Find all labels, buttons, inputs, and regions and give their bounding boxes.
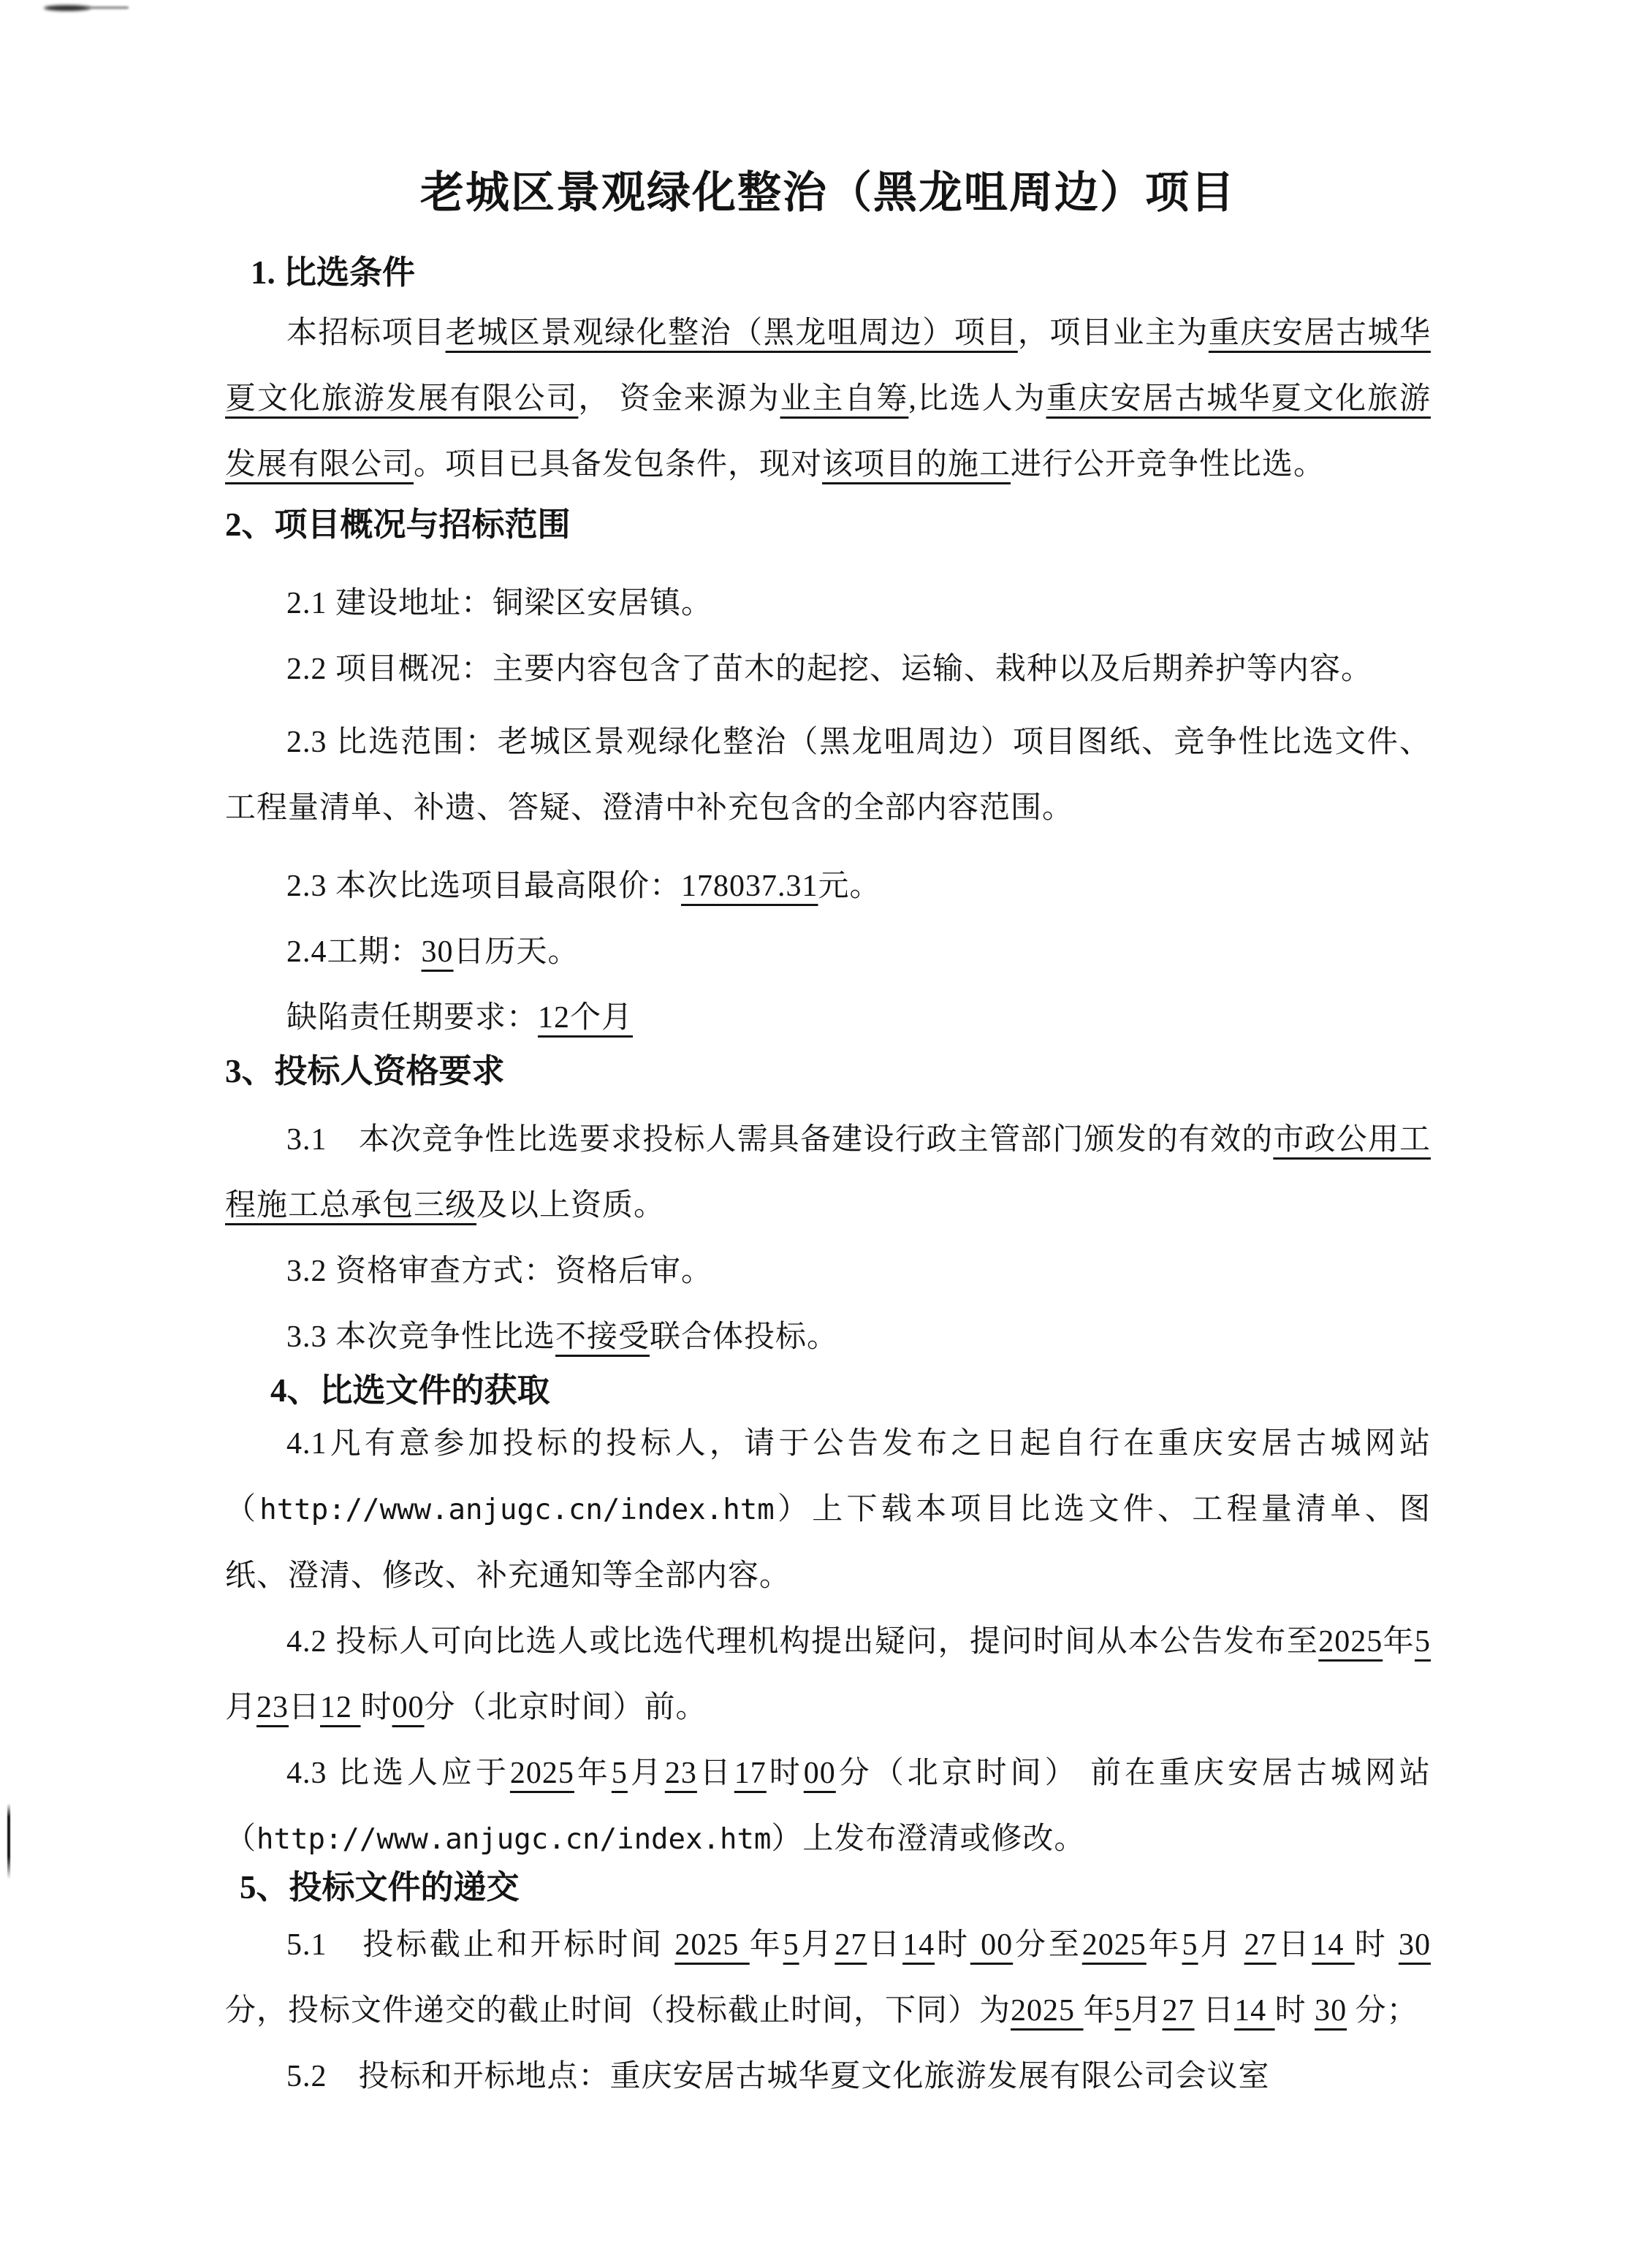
text-run: 5 <box>783 1928 799 1962</box>
clause-4-1: 4.1凡有意参加投标的投标人，请于公告发布之日起自行在重庆安居古城网站（http… <box>225 1411 1431 1609</box>
text-run: ,比选人为 <box>908 382 1046 416</box>
text-run: 年 <box>574 1757 612 1790</box>
text-run: 日历天。 <box>454 935 579 969</box>
text-run: 日 <box>1195 1994 1235 2028</box>
text-run: 缺陷责任期要求： <box>286 1001 538 1035</box>
text-run: 4.3 比选人应于 <box>286 1757 510 1790</box>
section-5-heading: 5、投标文件的递交 <box>240 1867 1431 1908</box>
scan-smudge-tail-artifact <box>86 7 129 9</box>
text-run: 30 <box>1315 1994 1347 2028</box>
text-run: 27 <box>1163 1994 1195 2028</box>
text-run: 2025 <box>1082 1928 1147 1962</box>
text-run: 月 <box>799 1928 835 1962</box>
text-run: 5 <box>1415 1625 1431 1659</box>
text-run: 时 <box>361 1691 392 1724</box>
text-run: 联合体投标。 <box>650 1320 838 1354</box>
text-run: 12 <box>320 1691 361 1724</box>
scan-edge-line-artifact <box>7 1803 10 1879</box>
clause-4-3: 4.3 比选人应于2025年5月23日17时00分（北京时间） 前在重庆安居古城… <box>225 1740 1431 1873</box>
text-run: 日 <box>1277 1928 1312 1962</box>
text-run: 2.2 项目概况：主要内容包含了苗木的起挖、运输、栽种以及后期养护等内容。 <box>286 652 1372 686</box>
text-run: 月 <box>628 1757 665 1790</box>
text-run: 时 <box>1355 1928 1399 1962</box>
text-run: 30 <box>1399 1928 1431 1962</box>
text-run: 时 <box>767 1757 804 1790</box>
clause-2-1: 2.1 建设地址：铜梁区安居镇。 <box>225 571 1431 636</box>
text-run: 年 <box>1084 1994 1115 2028</box>
text-run: 进行公开竞争性比选。 <box>1011 448 1325 482</box>
text-run: 2025 <box>510 1757 574 1790</box>
text-run: http://www.anjugc.cn/index.htm <box>259 1493 774 1526</box>
document-content: 老城区景观绿化整治（黑龙咀周边）项目 1. 比选条件 本招标项目老城区景观绿化整… <box>225 0 1431 2109</box>
clause-2-2: 2.2 项目概况：主要内容包含了苗木的起挖、运输、栽种以及后期养护等内容。 <box>225 636 1431 702</box>
clause-4-2: 4.2 投标人可向比选人或比选代理机构提出疑问，提问时间从本公告发布至2025年… <box>225 1609 1431 1740</box>
text-run: 3.1 本次竞争性比选要求投标人需具备建设行政主管部门颁发的有效的 <box>286 1123 1273 1157</box>
text-run: 23 <box>665 1757 697 1790</box>
scan-smudge-artifact <box>44 5 91 11</box>
text-run: 不接受 <box>555 1320 650 1354</box>
text-run: 2025 <box>674 1928 749 1962</box>
text-run: 时 <box>1275 1994 1315 2028</box>
text-run: 时 <box>935 1928 970 1962</box>
clause-3-1: 3.1 本次竞争性比选要求投标人需具备建设行政主管部门颁发的有效的市政公用工程施… <box>225 1107 1431 1238</box>
text-run: 分； <box>1347 1994 1418 2028</box>
document-title: 老城区景观绿化整治（黑龙咀周边）项目 <box>225 167 1431 219</box>
text-run: 。项目已具备发包条件，现对 <box>414 448 822 482</box>
text-run: 该项目的施工 <box>822 448 1011 482</box>
clause-3-2: 3.2 资格审查方式：资格后审。 <box>225 1238 1431 1304</box>
clause-2-3-scope: 2.3 比选范围：老城区景观绿化整治（黑龙咀周边）项目图纸、竞争性比选文件、工程… <box>225 709 1431 841</box>
text-run: 30 <box>422 935 454 969</box>
text-run: 5.2 投标和开标地点：重庆安居古城华夏文化旅游发展有限公司会议室 <box>286 2060 1270 2093</box>
text-run: 4.2 投标人可向比选人或比选代理机构提出疑问，提问时间从本公告发布至 <box>286 1625 1318 1659</box>
text-run: 14 <box>1234 1994 1275 2028</box>
text-run: 17 <box>734 1757 767 1790</box>
section-2-heading: 2、项目概况与招标范围 <box>225 504 1431 545</box>
text-run: 及以上资质。 <box>476 1189 665 1222</box>
section-1-heading: 1. 比选条件 <box>251 252 1431 293</box>
clause-5-1: 5.1 投标截止和开标时间 2025 年5月27日14时 00分至2025年5月… <box>225 1912 1431 2044</box>
text-run: 2.3 比选范围：老城区景观绿化整治（黑龙咀周边）项目图纸、竞争性比选文件、工程… <box>225 726 1431 825</box>
text-run: 27 <box>1244 1928 1277 1962</box>
text-run: 5 <box>612 1757 628 1790</box>
text-run: 14 <box>902 1928 935 1962</box>
text-run: 5 <box>1182 1928 1198 1962</box>
text-run: ， 资金来源为 <box>578 382 780 416</box>
clause-3-3: 3.3 本次竞争性比选不接受联合体投标。 <box>225 1304 1431 1370</box>
clause-5-2: 5.2 投标和开标地点：重庆安居古城华夏文化旅游发展有限公司会议室 <box>225 2044 1431 2109</box>
text-run: 业主自筹 <box>780 382 909 416</box>
text-run: 月 <box>225 1691 256 1724</box>
section-1-paragraph: 本招标项目老城区景观绿化整治（黑龙咀周边）项目，项目业主为重庆安居古城华夏文化旅… <box>225 300 1431 498</box>
text-run: 2.3 本次比选项目最高限价： <box>286 869 681 903</box>
text-run: 分，投标文件递交的截止时间（投标截止时间，下同）为 <box>225 1994 1011 2028</box>
text-run: 3.2 资格审查方式：资格后审。 <box>286 1255 712 1288</box>
section-3-heading: 3、投标人资格要求 <box>225 1051 1431 1092</box>
text-run: 178037.31 <box>681 869 818 903</box>
text-run: 年 <box>750 1928 783 1962</box>
text-run: 2025 <box>1318 1625 1383 1659</box>
text-run: 00 <box>392 1691 425 1724</box>
text-run: 00 <box>804 1757 836 1790</box>
text-run: 日 <box>697 1757 734 1790</box>
text-run: 12个月 <box>538 1001 633 1035</box>
text-run: 日 <box>867 1928 902 1962</box>
text-run: 2.4工期： <box>286 935 422 969</box>
text-run: 年 <box>1383 1625 1415 1659</box>
text-run: 5 <box>1115 1994 1131 2028</box>
text-run: 2025 <box>1011 1994 1084 2028</box>
scanned-document-page: 老城区景观绿化整治（黑龙咀周边）项目 1. 比选条件 本招标项目老城区景观绿化整… <box>0 0 1650 2268</box>
text-run: 27 <box>834 1928 867 1962</box>
text-run: 5.1 投标截止和开标时间 <box>286 1928 674 1962</box>
text-run: 00 <box>970 1928 1013 1962</box>
text-run: 元。 <box>818 869 881 903</box>
clause-2-3-price-limit: 2.3 本次比选项目最高限价：178037.31元。 <box>225 853 1431 919</box>
text-run: 老城区景观绿化整治（黑龙咀周边）项目 <box>446 316 1018 350</box>
text-run: 14 <box>1312 1928 1354 1962</box>
text-run: http://www.anjugc.cn/index.htm <box>256 1823 771 1856</box>
text-run: 月 <box>1198 1928 1244 1962</box>
text-run: ）上发布澄清或修改。 <box>771 1822 1085 1856</box>
text-run: 本招标项目 <box>286 316 446 350</box>
text-run: 23 <box>256 1691 289 1724</box>
text-run: 分（北京时间）前。 <box>425 1691 707 1724</box>
clause-2-4-duration: 2.4工期：30日历天。 <box>225 919 1431 985</box>
text-run: 2.1 建设地址：铜梁区安居镇。 <box>286 587 712 620</box>
text-run: 3.3 本次竞争性比选 <box>286 1320 555 1354</box>
section-4-heading: 4、比选文件的获取 <box>270 1370 1431 1411</box>
text-run: 月 <box>1131 1994 1163 2028</box>
text-run: 分至 <box>1013 1928 1082 1962</box>
text-run: ，项目业主为 <box>1018 316 1209 350</box>
text-run: 日 <box>289 1691 320 1724</box>
text-run: 年 <box>1147 1928 1182 1962</box>
clause-defect-liability: 缺陷责任期要求：12个月 <box>225 985 1431 1051</box>
